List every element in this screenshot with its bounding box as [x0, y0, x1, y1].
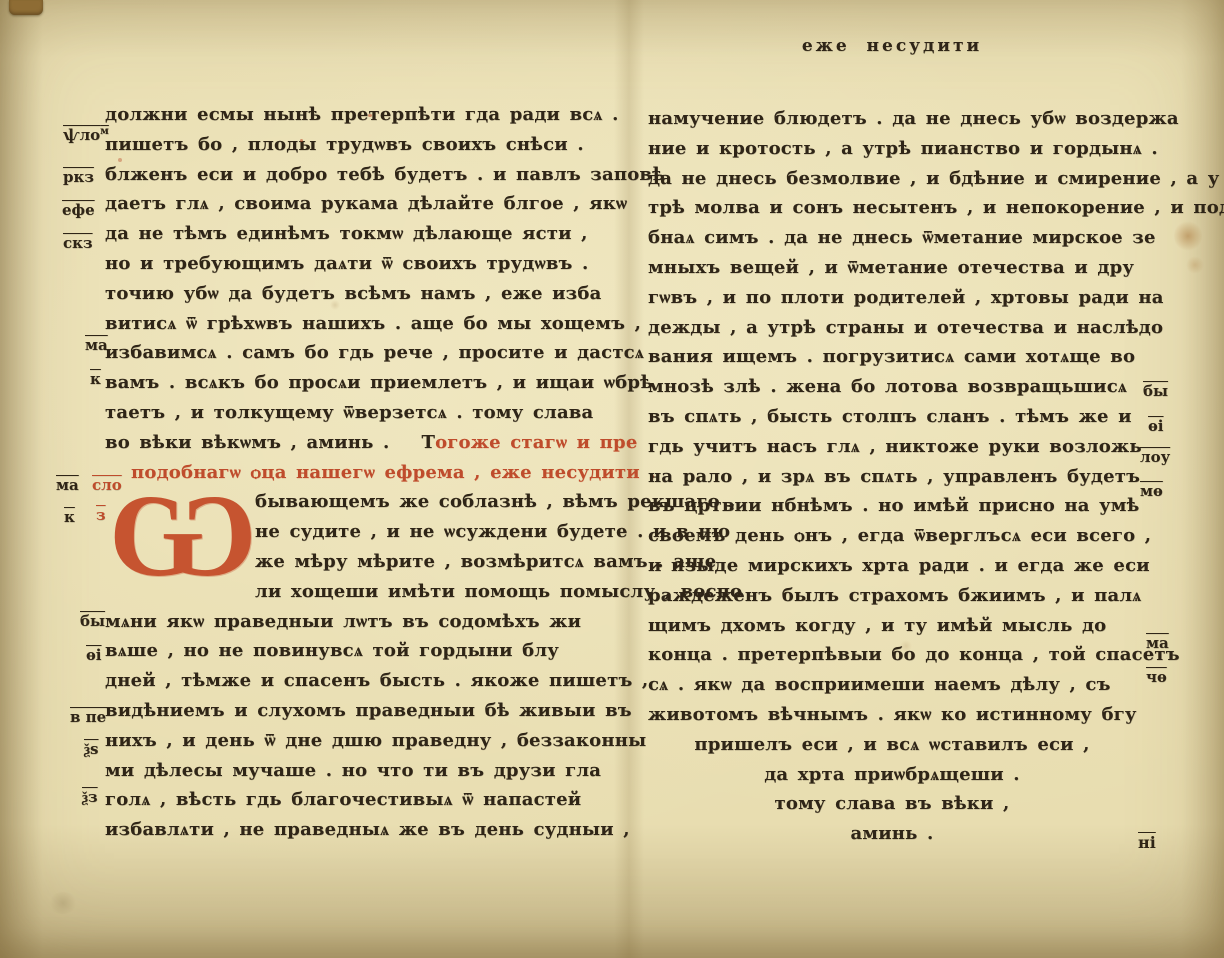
- doxology-text: во вѣки вѣкѡмъ , аминь .: [105, 432, 389, 453]
- text-line: пришелъ еси , и всѧ ѡставилъ еси ,: [648, 730, 1136, 760]
- text-line: мнозѣ злѣ . жена бо лотова возвращьшисѧ: [648, 372, 1136, 402]
- text-line: аминь .: [648, 819, 1136, 849]
- paper-stain: [1174, 220, 1202, 252]
- margin-note: ѯѕ: [84, 740, 98, 759]
- text-line: блженъ еси и добро тебѣ будетъ . и павлъ…: [105, 160, 620, 190]
- text-line: пишетъ бо , плоды трудѡвъ своихъ снѣси .: [105, 130, 620, 160]
- text-line: ние и кротость , а утрѣ пианство и горды…: [648, 134, 1136, 164]
- text-line: дежды , а утрѣ страны и отечества и насл…: [648, 313, 1136, 343]
- margin-note: мѳ: [1140, 482, 1163, 500]
- text-line: тому слава въ вѣки ,: [648, 789, 1136, 819]
- text-line: должни есмы нынѣ претерпѣти гда ради всѧ…: [105, 100, 620, 130]
- margin-note: ѯз: [82, 788, 98, 807]
- text-line: животомъ вѣчнымъ . якѡ ко истинному бгу: [648, 700, 1136, 730]
- text-line: видѣниемъ и слухомъ праведныи бѣ живыи в…: [105, 696, 620, 726]
- margin-note: лоу: [1140, 448, 1170, 466]
- margin-note: ѳі: [86, 646, 101, 664]
- margin-note: ефе: [62, 201, 95, 219]
- paper-stain: [900, 640, 912, 652]
- text-line: вания ищемъ . погрузитисѧ сами хотѧще во: [648, 342, 1136, 372]
- ink-speck: [300, 139, 303, 142]
- margin-note: ркз: [63, 168, 94, 186]
- margin-note: з: [96, 506, 106, 524]
- margin-note: ѳі: [1148, 417, 1163, 435]
- text-line: мныхъ вещей , и ѿметание отечества и дру: [648, 253, 1136, 283]
- margin-note: чѳ: [1146, 668, 1167, 686]
- text-line: мѧни якѡ праведныи лѡтъ въ содомѣхъ жи: [105, 607, 620, 637]
- quire-signature: ні: [1138, 833, 1156, 852]
- book-spread: еже несудити Ѡ должни есмы нынѣ претерпѣ…: [0, 0, 1224, 958]
- text-line: сѧ . якѡ да восприимеши наемъ дѣлу , съ: [648, 670, 1136, 700]
- margin-note: к: [64, 508, 75, 526]
- ink-speck: [368, 114, 372, 117]
- margin-note: сло: [92, 476, 122, 494]
- margin-note: ма: [1146, 634, 1169, 652]
- text-line: гдь учитъ насъ глѧ , никтоже руки возлож…: [648, 432, 1136, 462]
- margin-note: ма: [56, 476, 79, 494]
- text-line: вѧше , но не повинувсѧ той гордыни блу: [105, 636, 620, 666]
- text-line: нихъ , и день ѿ дне дшю праведну , безза…: [105, 726, 620, 756]
- text-line: конца . претерпѣвыи бо до конца , той сп…: [648, 640, 1136, 670]
- margin-note: в пе: [70, 708, 106, 726]
- text-line: да хрта приѡбрѧщеши .: [648, 760, 1136, 790]
- text-line: даетъ глѧ , своима рукама дѣлайте блгое …: [105, 189, 620, 219]
- paper-stain: [330, 300, 340, 310]
- text-line: голѧ , вѣсть гдь благочестивыѧ ѿ напасте…: [105, 785, 620, 815]
- text-line: избавлѧти , не праведныѧ же въ день судн…: [105, 815, 620, 845]
- margin-note: ѱлом: [63, 126, 109, 144]
- text-line: щимъ дхомъ когду , и ту имѣй мысль до: [648, 611, 1136, 641]
- text-line: да не тѣмъ единѣмъ токмѡ дѣлающе ясти ,: [105, 219, 620, 249]
- text-line: въ спѧть , бысть столпъ сланъ . тѣмъ же …: [648, 402, 1136, 432]
- text-line: въ цртвии нбнѣмъ . но имѣй присно на умѣ: [648, 491, 1136, 521]
- text-line: намучение блюдетъ . да не днесь убѡ возд…: [648, 104, 1136, 134]
- text-line: таетъ , и толкущему ѿверзетсѧ . тому сла…: [105, 398, 620, 428]
- text-line: во вѣки вѣкѡмъ , аминь .Тогоже стагѡ и п…: [105, 428, 620, 458]
- text-line: гѡвъ , и по плоти родителей , хртовы рад…: [648, 283, 1136, 313]
- rubric-incipit: Тогоже стагѡ и пре: [421, 432, 637, 453]
- paper-stain: [1186, 256, 1204, 274]
- text-line: бнаѧ симъ . да не днесь ѿметание мирское…: [648, 223, 1136, 253]
- text-line: своемъ день ѻнъ , егда ѿверглъсѧ еси все…: [648, 521, 1136, 551]
- bookmark-tab: [9, 0, 43, 15]
- text-line: дней , тѣмже и спасенъ бысть . якоже пиш…: [105, 666, 620, 696]
- margin-note: бы: [80, 612, 105, 630]
- text-line: раждеженъ былъ страхомъ бжиимъ , и палѧ: [648, 581, 1136, 611]
- left-page-text-block: Ѡ должни есмы нынѣ претерпѣти гда ради в…: [105, 100, 620, 845]
- text-line: ми дѣлесы мучаше . но что ти въ друзи гл…: [105, 756, 620, 786]
- running-head: еже несудити: [648, 36, 1136, 56]
- text-line: трѣ молва и сонъ несытенъ , и непокорени…: [648, 193, 1136, 223]
- drop-cap-initial: Ѡ: [109, 474, 254, 606]
- margin-note: ма: [85, 336, 108, 354]
- text-line: витисѧ ѿ грѣхѡвъ нашихъ . аще бо мы хоще…: [105, 309, 620, 339]
- ink-speck: [118, 158, 122, 162]
- paper-stain: [48, 892, 78, 914]
- text-line: избавимсѧ . самъ бо гдь рече , просите и…: [105, 338, 620, 368]
- text-line: и изыде мирскихъ хрта ради . и егда же е…: [648, 551, 1136, 581]
- text-line: но и требующимъ даѧти ѿ своихъ трудѡвъ .: [105, 249, 620, 279]
- margin-note: к: [90, 370, 101, 388]
- margin-note: бы: [1143, 382, 1168, 400]
- text-line: точию убѡ да будетъ всѣмъ намъ , еже изб…: [105, 279, 620, 309]
- text-line: на рало , и зрѧ въ спѧть , управленъ буд…: [648, 462, 1136, 492]
- text-line: да не днесь безмолвие , и бдѣние и смире…: [648, 164, 1136, 194]
- right-page-text-block: намучение блюдетъ . да не днесь убѡ возд…: [648, 104, 1136, 849]
- margin-note: скз: [63, 234, 93, 252]
- text-line: вамъ . всѧкъ бо просѧи приемлетъ , и ища…: [105, 368, 620, 398]
